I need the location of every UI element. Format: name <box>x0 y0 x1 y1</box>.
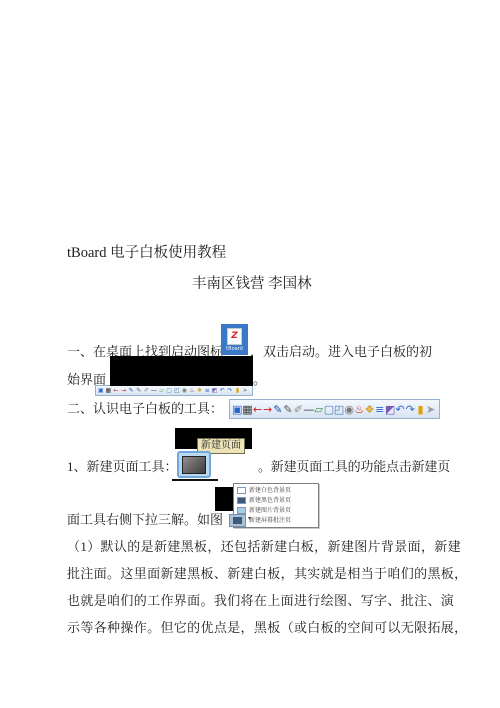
new-page-button-glyph <box>182 456 206 474</box>
new-page-icon: ▦ <box>242 404 252 415</box>
palette-icon: ❖ <box>364 404 374 415</box>
redo-icon: ↷ <box>405 404 415 415</box>
menu-item: 新建白色背景页 <box>237 487 315 494</box>
line4-pre: 1、新建页面工具： <box>67 459 178 475</box>
doc-title: tBoard 电子白板使用教程 <box>67 245 226 262</box>
paragraph-line-3: 也就是咱们的工作界面。我们将在上面进行绘图、写字、批注、演 <box>67 593 454 609</box>
line-icon: — <box>150 388 158 394</box>
initial-interface-toolbar-image: ▣▦←→✎✎✐—▱▢◰◉♨❖≡◩↶↷▮➤ <box>95 385 253 396</box>
redacted-screenshot-block <box>110 356 253 386</box>
pen-icon: ✎ <box>127 388 135 394</box>
line4-post: 。新建页面工具的功能点击新建页 <box>258 459 450 475</box>
pen-icon: ✎ <box>273 404 283 415</box>
desktop-icon-page-glyph: Z <box>227 328 242 345</box>
dropdown-arrow-icon: ▾ <box>248 516 251 522</box>
shapes-icon: ◰ <box>173 388 181 394</box>
menu-item: 新建黑色背景页 <box>237 497 315 504</box>
eraser-icon: ▱ <box>158 388 166 394</box>
line2-post: 。 <box>253 372 266 388</box>
menu-item: 新建图片背景页 <box>237 507 315 514</box>
line-icon: — <box>303 404 313 415</box>
eraser-icon: ▱ <box>314 404 324 415</box>
zoom-icon: ◉ <box>344 404 354 415</box>
select-icon: ▢ <box>165 388 173 394</box>
pointer-icon: ➤ <box>426 404 436 415</box>
desktop-icon-mark: Z <box>231 332 238 341</box>
highlighter-icon: ▮ <box>234 388 242 394</box>
menu-item-black-page: 新建黑色背景页 <box>249 498 291 504</box>
zoom-icon: ◉ <box>181 388 189 394</box>
pointer-icon: ➤ <box>241 388 249 394</box>
figure-underline <box>172 479 218 481</box>
inline-new-page-button-image <box>229 514 246 527</box>
highlighter-icon: ▮ <box>415 404 425 415</box>
undo-icon: ↶ <box>219 388 227 394</box>
paragraph-line-2: 批注面。这里面新建黑板、新建白板，其实就是相当于咱们的黑板， <box>67 566 468 582</box>
brush-icon: ✐ <box>293 404 303 415</box>
back-icon: ← <box>252 404 262 415</box>
menu-item-icon <box>237 507 246 514</box>
paragraph-line-1: （1）默认的是新建黑板，还包括新建白板，新建图片背景面，新建 <box>67 539 461 555</box>
new-page-icon: ▦ <box>105 388 113 394</box>
list-icon: ≡ <box>375 404 385 415</box>
palette-icon: ❖ <box>196 388 204 394</box>
tboard-desktop-icon: Z tBoard <box>221 324 248 355</box>
menu-item-icon <box>237 487 246 494</box>
menu-item-white-page: 新建白色背景页 <box>249 488 291 494</box>
menu-item-icon <box>237 497 246 504</box>
pencil-icon: ✎ <box>135 388 143 394</box>
forward-icon: → <box>120 388 128 394</box>
settings-icon: ◩ <box>211 388 219 394</box>
list-icon: ≡ <box>203 388 211 394</box>
paragraph-line-4: 示等各种操作。但它的优点是，黑板（或白板的空间可以无限拓展， <box>67 620 468 636</box>
pencil-icon: ✎ <box>283 404 293 415</box>
line3: 二、认识电子白板的工具： <box>67 401 223 417</box>
forward-icon: → <box>263 404 273 415</box>
app-icon: ▣ <box>232 404 242 415</box>
brush-icon: ✐ <box>143 388 151 394</box>
whiteboard-toolbar-image: ▣▦←→✎✎✐—▱▢◰◉♨❖≡◩↶↷▮➤ <box>229 399 440 419</box>
redo-icon: ↷ <box>226 388 234 394</box>
line5: 面工具右侧下拉三解。如图 <box>67 512 223 528</box>
back-icon: ← <box>112 388 120 394</box>
settings-icon: ◩ <box>385 404 395 415</box>
app-icon: ▣ <box>97 388 105 394</box>
select-icon: ▢ <box>324 404 334 415</box>
inline-button-glyph <box>233 517 242 524</box>
menu-item-picture-page: 新建图片背景页 <box>249 508 291 514</box>
desktop-icon-label: tBoard <box>226 347 243 352</box>
line1-post: ，双击启动。进入电子白板的初 <box>250 344 432 360</box>
shapes-icon: ◰ <box>334 404 344 415</box>
stamp-icon: ♨ <box>188 388 196 394</box>
new-page-button-image <box>177 451 211 478</box>
menu-item-annotation-page: 新建屏幕批注页 <box>249 518 291 524</box>
document-page: tBoard 电子白板使用教程 丰南区钱营 李国林 一、在桌面上找到启动图标 Z… <box>0 0 500 708</box>
stamp-icon: ♨ <box>354 404 364 415</box>
doc-author: 丰南区钱营 李国林 <box>192 276 312 293</box>
undo-icon: ↶ <box>395 404 405 415</box>
